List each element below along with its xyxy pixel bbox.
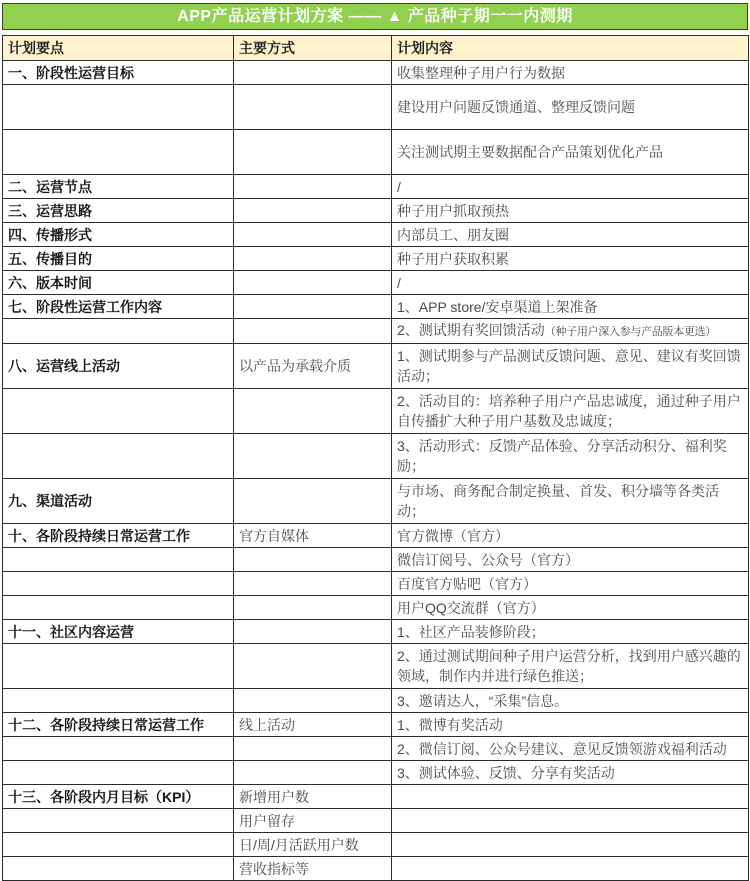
cell-method[interactable]: 官方自媒体 (234, 524, 392, 548)
table-row: 关注测试期主要数据配合产品策划优化产品 (3, 130, 749, 175)
cell-plan-point-text: 九、渠道活动 (8, 493, 92, 509)
cell-content-text: 3、测试体验、反馈、分享有奖活动 (397, 765, 615, 781)
cell-content-text: 2、活动目的：培养种子用户产品忠诚度，通过种子用户自传播扩大种子用户基数及忠诚度… (397, 393, 741, 429)
cell-plan-point[interactable]: 十一、社区内容运营 (3, 620, 234, 644)
cell-content[interactable]: 2、活动目的：培养种子用户产品忠诚度，通过种子用户自传播扩大种子用户基数及忠诚度… (392, 389, 749, 434)
cell-plan-point-text: 一、阶段性运营目标 (8, 65, 134, 81)
cell-plan-point-text: 十一、社区内容运营 (8, 624, 134, 640)
table-row: 七、阶段性运营工作内容1、APP store/安卓渠道上架准备 (3, 295, 749, 319)
cell-content-text: 2、微信订阅、公众号建议、意见反馈领游戏福利活动 (397, 741, 727, 757)
cell-plan-point[interactable]: 四、传播形式 (3, 223, 234, 247)
column-header-content[interactable]: 计划内容 (392, 36, 749, 61)
cell-plan-point-text: 六、版本时间 (8, 275, 92, 291)
cell-plan-point[interactable] (3, 85, 234, 130)
table-row: 3、邀请达人，“采集”信息。 (3, 689, 749, 713)
cell-content[interactable]: 收集整理种子用户行为数据 (392, 61, 749, 85)
cell-content-text: 1、APP store/安卓渠道上架准备 (397, 299, 597, 315)
cell-plan-point[interactable]: 二、运营节点 (3, 175, 234, 199)
cell-plan-point-text: 十二、各阶段持续日常运营工作 (8, 717, 204, 733)
cell-method[interactable] (234, 761, 392, 785)
cell-content[interactable]: 1、测试期参与产品测试反馈问题、意见、建议有奖回馈活动； (392, 344, 749, 389)
cell-content[interactable]: 用户QQ交流群（官方） (392, 596, 749, 620)
cell-method[interactable] (234, 737, 392, 761)
cell-content[interactable]: 1、APP store/安卓渠道上架准备 (392, 295, 749, 319)
cell-content[interactable]: 1、微博有奖活动 (392, 713, 749, 737)
cell-method[interactable] (234, 548, 392, 572)
table-row: 日/周/月活跃用户数 (3, 833, 749, 857)
cell-content[interactable]: / (392, 175, 749, 199)
table-row: 营收指标等 (3, 857, 749, 881)
cell-plan-point-text: 八、运营线上活动 (8, 358, 120, 374)
cell-method-text: 官方自媒体 (239, 528, 309, 544)
cell-plan-point[interactable] (3, 572, 234, 596)
cell-plan-point[interactable] (3, 689, 234, 713)
cell-plan-point[interactable] (3, 833, 234, 857)
cell-method-text: 营收指标等 (239, 861, 309, 877)
cell-content-text: 1、测试期参与产品测试反馈问题、意见、建议有奖回馈活动； (397, 348, 741, 384)
table-row: 微信订阅号、公众号（官方） (3, 548, 749, 572)
cell-plan-point[interactable]: 九、渠道活动 (3, 479, 234, 524)
cell-content[interactable]: 微信订阅号、公众号（官方） (392, 548, 749, 572)
cell-content-text: / (397, 179, 401, 195)
cell-plan-point[interactable] (3, 130, 234, 175)
cell-plan-point[interactable] (3, 548, 234, 572)
cell-content[interactable]: 2、通过测试期间种子用户运营分析，找到用户感兴趣的领域，制作内并进行绿色推送； (392, 644, 749, 689)
cell-plan-point-text: 十三、各阶段内月目标（KPI） (8, 789, 199, 805)
table-row: 八、运营线上活动以产品为承载介质1、测试期参与产品测试反馈问题、意见、建议有奖回… (3, 344, 749, 389)
cell-plan-point[interactable]: 八、运营线上活动 (3, 344, 234, 389)
cell-content[interactable]: 建设用户问题反馈通道、整理反馈问题 (392, 85, 749, 130)
table-row: 十一、社区内容运营1、社区产品装修阶段； (3, 620, 749, 644)
cell-content[interactable]: 关注测试期主要数据配合产品策划优化产品 (392, 130, 749, 175)
cell-method[interactable] (234, 223, 392, 247)
cell-method[interactable]: 日/周/月活跃用户数 (234, 833, 392, 857)
cell-method[interactable]: 新增用户数 (234, 785, 392, 809)
cell-method[interactable] (234, 247, 392, 271)
cell-content[interactable]: 3、邀请达人，“采集”信息。 (392, 689, 749, 713)
cell-plan-point[interactable]: 三、运营思路 (3, 199, 234, 223)
cell-method[interactable] (234, 199, 392, 223)
cell-plan-point-text: 四、传播形式 (8, 227, 92, 243)
table-row: 2、通过测试期间种子用户运营分析，找到用户感兴趣的领域，制作内并进行绿色推送； (3, 644, 749, 689)
cell-content[interactable]: 3、活动形式：反馈产品体验、分享活动积分、福利奖励； (392, 434, 749, 479)
cell-method[interactable] (234, 319, 392, 344)
cell-content[interactable]: 种子用户获取积累 (392, 247, 749, 271)
cell-content-text: 1、社区产品装修阶段； (397, 624, 545, 640)
table-row: 建设用户问题反馈通道、整理反馈问题 (3, 85, 749, 130)
cell-method-text: 用户留存 (239, 813, 295, 829)
table-title: APP产品运营计划方案 —— ▲ 产品种子期一一内测期 (2, 3, 748, 30)
cell-method[interactable]: 线上活动 (234, 713, 392, 737)
cell-plan-point[interactable]: 五、传播目的 (3, 247, 234, 271)
cell-method[interactable] (234, 271, 392, 295)
cell-plan-point[interactable] (3, 737, 234, 761)
cell-content-text: 官方微博（官方） (397, 528, 509, 544)
cell-method-text: 线上活动 (239, 717, 295, 733)
cell-content-text: 1、微博有奖活动 (397, 717, 503, 733)
cell-plan-point-text: 三、运营思路 (8, 203, 92, 219)
cell-method[interactable] (234, 689, 392, 713)
table-row: 2、测试期有奖回馈活动（种子用户深入参与产品版本更选） (3, 319, 749, 344)
table-row: 2、微信订阅、公众号建议、意见反馈领游戏福利活动 (3, 737, 749, 761)
cell-plan-point[interactable]: 十二、各阶段持续日常运营工作 (3, 713, 234, 737)
cell-content[interactable]: 内部员工、朋友圈 (392, 223, 749, 247)
table-row: 六、版本时间/ (3, 271, 749, 295)
cell-content[interactable] (392, 785, 749, 809)
cell-plan-point-text: 二、运营节点 (8, 179, 92, 195)
cell-content-text: 内部员工、朋友圈 (397, 227, 509, 243)
cell-content[interactable]: 官方微博（官方） (392, 524, 749, 548)
cell-plan-point[interactable] (3, 809, 234, 833)
cell-plan-point[interactable]: 六、版本时间 (3, 271, 234, 295)
cell-method[interactable] (234, 620, 392, 644)
table-row: 十二、各阶段持续日常运营工作线上活动1、微博有奖活动 (3, 713, 749, 737)
cell-content-text: 收集整理种子用户行为数据 (397, 65, 565, 81)
cell-method[interactable] (234, 572, 392, 596)
column-header-plan-point[interactable]: 计划要点 (3, 36, 234, 61)
table-row: 一、阶段性运营目标收集整理种子用户行为数据 (3, 61, 749, 85)
cell-content[interactable]: / (392, 271, 749, 295)
cell-plan-point[interactable] (3, 434, 234, 479)
table-row: 2、活动目的：培养种子用户产品忠诚度，通过种子用户自传播扩大种子用户基数及忠诚度… (3, 389, 749, 434)
cell-method[interactable]: 用户留存 (234, 809, 392, 833)
cell-content-text: 3、邀请达人，“采集”信息。 (397, 693, 568, 709)
cell-content-text: 与市场、商务配合制定换量、首发、积分墙等各类活动； (397, 483, 719, 519)
cell-plan-point[interactable]: 十三、各阶段内月目标（KPI） (3, 785, 234, 809)
table-row: 3、测试体验、反馈、分享有奖活动 (3, 761, 749, 785)
cell-plan-point[interactable]: 七、阶段性运营工作内容 (3, 295, 234, 319)
table-row: 用户留存 (3, 809, 749, 833)
cell-method[interactable] (234, 61, 392, 85)
cell-plan-point-text: 十、各阶段持续日常运营工作 (8, 528, 190, 544)
cell-content[interactable]: 2、微信订阅、公众号建议、意见反馈领游戏福利活动 (392, 737, 749, 761)
column-header-method[interactable]: 主要方式 (234, 36, 392, 61)
table-row: 十、各阶段持续日常运营工作官方自媒体官方微博（官方） (3, 524, 749, 548)
table-row: 十三、各阶段内月目标（KPI）新增用户数 (3, 785, 749, 809)
table-row: 三、运营思路种子用户抓取预热 (3, 199, 749, 223)
cell-content[interactable] (392, 857, 749, 881)
cell-plan-point[interactable] (3, 389, 234, 434)
cell-content-text: 2、通过测试期间种子用户运营分析，找到用户感兴趣的领域，制作内并进行绿色推送； (397, 648, 741, 684)
cell-content[interactable]: 2、测试期有奖回馈活动（种子用户深入参与产品版本更选） (392, 319, 749, 344)
cell-plan-point[interactable] (3, 644, 234, 689)
cell-method[interactable] (234, 175, 392, 199)
cell-method[interactable] (234, 389, 392, 434)
spreadsheet-area: APP产品运营计划方案 —— ▲ 产品种子期一一内测期 计划要点 主要方式 计划… (0, 0, 750, 881)
cell-method[interactable] (234, 434, 392, 479)
table-row: 五、传播目的种子用户获取积累 (3, 247, 749, 271)
cell-method[interactable] (234, 479, 392, 524)
cell-method[interactable]: 营收指标等 (234, 857, 392, 881)
cell-plan-point[interactable] (3, 319, 234, 344)
cell-content-text: 3、活动形式：反馈产品体验、分享活动积分、福利奖励； (397, 438, 727, 474)
plan-table: 计划要点 主要方式 计划内容 一、阶段性运营目标收集整理种子用户行为数据建设用户… (2, 35, 749, 881)
table-row: 3、活动形式：反馈产品体验、分享活动积分、福利奖励； (3, 434, 749, 479)
cell-plan-point[interactable]: 一、阶段性运营目标 (3, 61, 234, 85)
table-row: 二、运营节点/ (3, 175, 749, 199)
cell-content-text: 2、测试期有奖回馈活动 (397, 322, 545, 338)
cell-content[interactable]: 种子用户抓取预热 (392, 199, 749, 223)
cell-content[interactable]: 与市场、商务配合制定换量、首发、积分墙等各类活动； (392, 479, 749, 524)
cell-content-text: 建设用户问题反馈通道、整理反馈问题 (397, 99, 635, 115)
cell-content[interactable]: 3、测试体验、反馈、分享有奖活动 (392, 761, 749, 785)
cell-content[interactable] (392, 809, 749, 833)
cell-content-text: 微信订阅号、公众号（官方） (397, 552, 579, 568)
cell-method[interactable] (234, 295, 392, 319)
cell-content-text: / (397, 275, 401, 291)
cell-plan-point[interactable]: 十、各阶段持续日常运营工作 (3, 524, 234, 548)
cell-plan-point[interactable] (3, 857, 234, 881)
cell-plan-point-text: 五、传播目的 (8, 251, 92, 267)
table-row: 四、传播形式内部员工、朋友圈 (3, 223, 749, 247)
cell-method[interactable] (234, 644, 392, 689)
cell-content-text: 关注测试期主要数据配合产品策划优化产品 (397, 144, 663, 160)
cell-method-text: 日/周/月活跃用户数 (239, 837, 359, 853)
cell-content-text: 用户QQ交流群（官方） (397, 600, 545, 616)
cell-method-text: 以产品为承载介质 (239, 358, 351, 374)
header-row: 计划要点 主要方式 计划内容 (3, 36, 749, 61)
cell-content[interactable]: 1、社区产品装修阶段； (392, 620, 749, 644)
cell-method[interactable] (234, 85, 392, 130)
cell-content[interactable]: 百度官方贴吧（官方） (392, 572, 749, 596)
table-row: 九、渠道活动与市场、商务配合制定换量、首发、积分墙等各类活动； (3, 479, 749, 524)
cell-content-note: （种子用户深入参与产品版本更选） (545, 326, 716, 338)
cell-method[interactable] (234, 130, 392, 175)
cell-content-text: 百度官方贴吧（官方） (397, 576, 537, 592)
cell-plan-point[interactable] (3, 596, 234, 620)
table-body: 一、阶段性运营目标收集整理种子用户行为数据建设用户问题反馈通道、整理反馈问题关注… (3, 61, 749, 881)
table-row: 用户QQ交流群（官方） (3, 596, 749, 620)
cell-content[interactable] (392, 833, 749, 857)
cell-content-text: 种子用户获取积累 (397, 251, 509, 267)
table-row: 百度官方贴吧（官方） (3, 572, 749, 596)
cell-method[interactable]: 以产品为承载介质 (234, 344, 392, 389)
cell-method-text: 新增用户数 (239, 789, 309, 805)
cell-method[interactable] (234, 596, 392, 620)
cell-content-text: 种子用户抓取预热 (397, 203, 509, 219)
cell-plan-point[interactable] (3, 761, 234, 785)
cell-plan-point-text: 七、阶段性运营工作内容 (8, 299, 162, 315)
